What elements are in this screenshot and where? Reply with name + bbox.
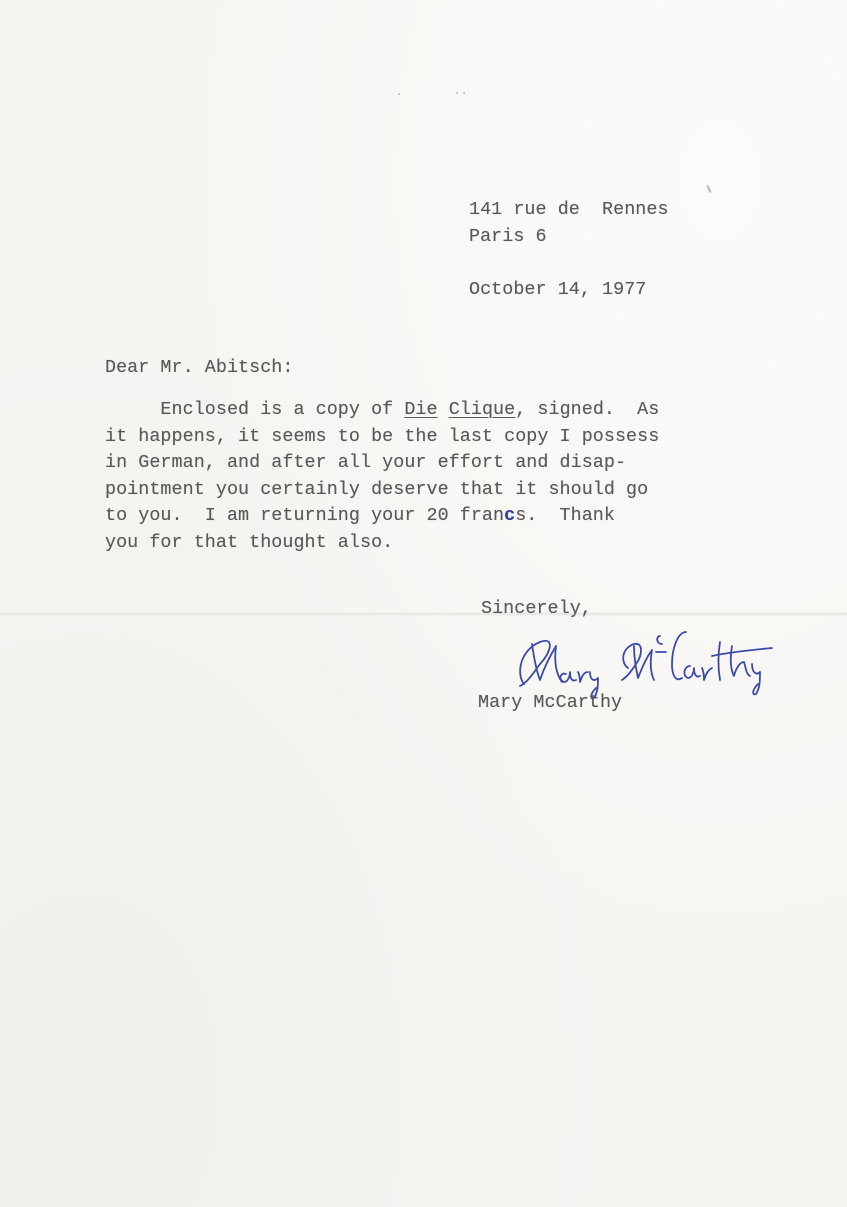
paper-speck <box>456 92 458 94</box>
address-line-1: 141 rue de Rennes <box>469 199 669 220</box>
book-title-word: Die <box>404 399 437 420</box>
salutation: Dear Mr. Abitsch: <box>105 355 293 382</box>
letter-body: Enclosed is a copy of Die Clique, signed… <box>105 397 659 556</box>
body-line-1: Enclosed is a copy of Die Clique, signed… <box>105 399 659 420</box>
sender-address: 141 rue de Rennes Paris 6 <box>469 197 669 250</box>
body-line-3: in German, and after all your effort and… <box>105 452 626 473</box>
letter-paper <box>0 0 847 1207</box>
book-title-word: Clique <box>449 399 516 420</box>
body-text-segment: , signed. As <box>515 399 659 420</box>
body-line-4: pointment you certainly deserve that it … <box>105 479 648 500</box>
handwritten-correction: c <box>504 505 515 526</box>
body-text-segment <box>438 399 449 420</box>
body-line-2: it happens, it seems to be the last copy… <box>105 426 659 447</box>
typed-name: Mary McCarthy <box>478 690 622 717</box>
body-text-segment: s. Thank <box>515 505 615 526</box>
address-line-2: Paris 6 <box>469 226 547 247</box>
body-text-segment: to you. I am returning your 20 fran <box>105 505 504 526</box>
paper-speck <box>463 92 465 94</box>
letter-date: October 14, 1977 <box>469 277 646 304</box>
body-text-segment: Enclosed is a copy of <box>105 399 404 420</box>
paper-speck <box>398 93 400 95</box>
closing: Sincerely, <box>481 596 592 623</box>
body-line-6: you for that thought also. <box>105 532 393 553</box>
paper-fold-line <box>0 612 847 616</box>
body-line-5: to you. I am returning your 20 francs. T… <box>105 505 615 526</box>
